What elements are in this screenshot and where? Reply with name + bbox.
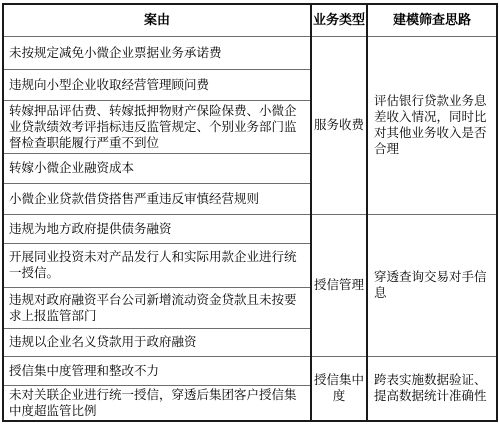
case-cell: 违规对政府融资平台公司新增流动资金贷款且未按要求上报监管部门	[3, 287, 311, 328]
case-cell: 开展同业投资未对产品发行人和实际用款企业进行统一授信。	[3, 243, 311, 287]
approach-cell: 穿透查询交易对手信息	[367, 214, 497, 356]
case-cell: 违规向小型企业收取经营管理顾问费	[3, 69, 311, 100]
table-header-row: 案由 业务类型 建模筛查思路	[3, 4, 497, 36]
table-row: 未按规定减免小微企业票据业务承诺费 服务收费 评估银行贷款业务息差收入情况，同时…	[3, 36, 497, 69]
business-type-cell: 授信管理	[311, 214, 367, 356]
table-row: 授信集中度管理和整改不力 授信集中度 跨表实施数据验证、提高数据统计准确性	[3, 356, 497, 385]
case-cell: 违规以企业名义贷款用于政府融资	[3, 328, 311, 356]
audit-findings-table: 案由 业务类型 建模筛查思路 未按规定减免小微企业票据业务承诺费 服务收费 评估…	[2, 3, 498, 422]
approach-cell: 评估银行贷款业务息差收入情况，同时比对其他业务收入是否合理	[367, 36, 497, 214]
approach-cell: 跨表实施数据验证、提高数据统计准确性	[367, 356, 497, 421]
page-canvas: 案由 业务类型 建模筛查思路 未按规定减免小微企业票据业务承诺费 服务收费 评估…	[0, 0, 499, 427]
business-type-cell: 服务收费	[311, 36, 367, 214]
business-type-cell: 授信集中度	[311, 356, 367, 421]
case-cell: 小微企业贷款借贷搭售严重违反审慎经营规则	[3, 183, 311, 214]
case-cell: 转嫁押品评估费、转嫁抵押物财产保险保费、小微企业贷款绩效考评指标违反监管规定、个…	[3, 100, 311, 153]
header-approach: 建模筛查思路	[367, 4, 497, 36]
case-cell: 授信集中度管理和整改不力	[3, 356, 311, 385]
case-cell: 未按规定减免小微企业票据业务承诺费	[3, 36, 311, 69]
case-cell: 未对关联企业进行统一授信，穿透后集团客户授信集中度超监管比例	[3, 385, 311, 421]
table-row: 违规为地方政府提供债务融资 授信管理 穿透查询交易对手信息	[3, 214, 497, 243]
case-cell: 违规为地方政府提供债务融资	[3, 214, 311, 243]
header-business-type: 业务类型	[311, 4, 367, 36]
case-cell: 转嫁小微企业融资成本	[3, 153, 311, 183]
header-case: 案由	[3, 4, 311, 36]
